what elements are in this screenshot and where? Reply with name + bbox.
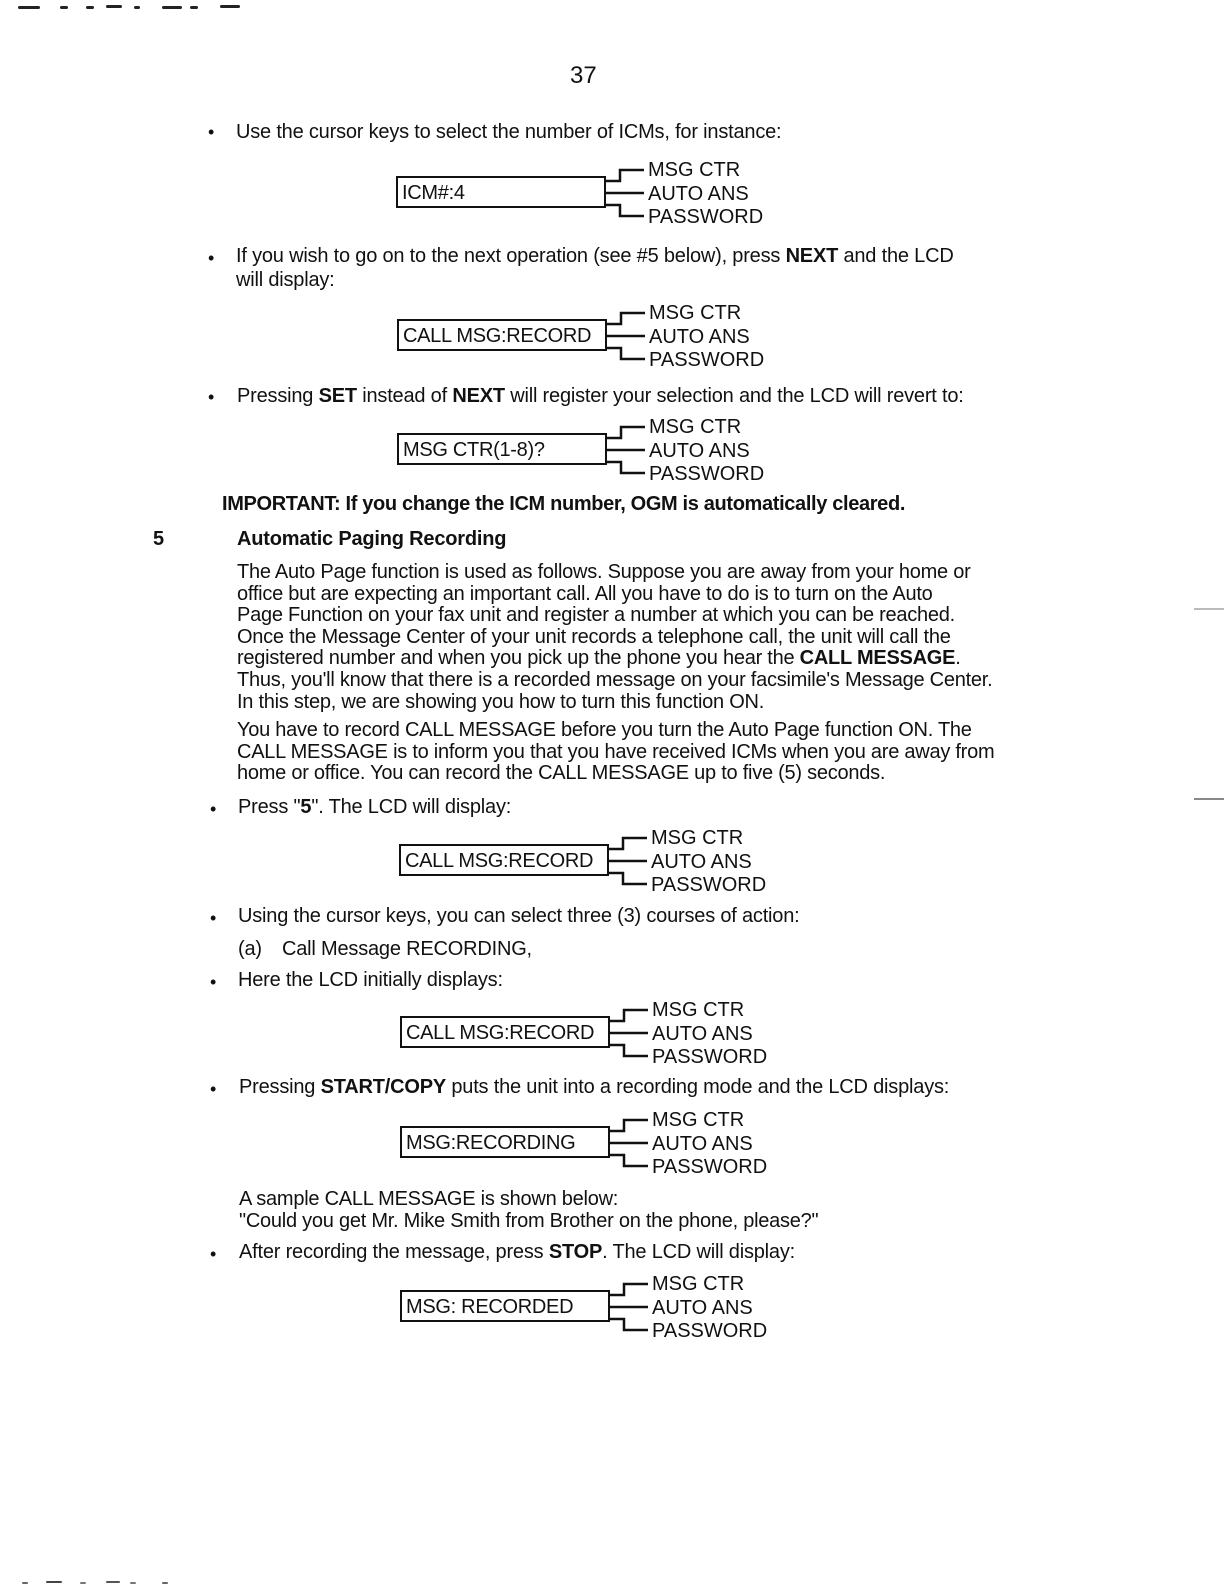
- lcd-screen-text: MSG:RECORDING: [406, 1132, 575, 1155]
- menu-label-password: PASSWORD: [652, 1046, 767, 1070]
- instruction-text: Press "5". The LCD will display:: [238, 797, 511, 819]
- lcd-screen-text: MSG CTR(1-8)?: [403, 439, 545, 462]
- lcd-screen: CALL MSG:RECORD: [400, 1016, 610, 1048]
- menu-label-password: PASSWORD: [651, 874, 766, 898]
- menu-label-auto-ans: AUTO ANS: [652, 1297, 767, 1321]
- instruction-text: After recording the message, press STOP.…: [239, 1242, 795, 1264]
- lcd-menu-labels: MSG CTR AUTO ANS PASSWORD: [649, 416, 764, 487]
- text-segment: will register your selection and the LCD…: [505, 385, 964, 407]
- instruction-text: Here the LCD initially displays:: [238, 970, 503, 992]
- section-title: Automatic Paging Recording: [237, 529, 506, 551]
- paragraph-line: Page Function on your fax unit and regis…: [237, 605, 992, 627]
- lcd-screen: CALL MSG:RECORD: [397, 319, 607, 351]
- lcd-screen: CALL MSG:RECORD: [399, 844, 609, 876]
- key-name: 5: [300, 796, 311, 818]
- menu-label-auto-ans: AUTO ANS: [652, 1133, 767, 1157]
- lcd-menu-labels: MSG CTR AUTO ANS PASSWORD: [652, 999, 767, 1070]
- menu-label-auto-ans: AUTO ANS: [649, 440, 764, 464]
- menu-label-msg-ctr: MSG CTR: [649, 302, 764, 326]
- lcd-screen: MSG CTR(1-8)?: [397, 433, 607, 465]
- paragraph-line: CALL MESSAGE is to inform you that you h…: [237, 742, 994, 764]
- menu-connector-icon: [610, 1006, 654, 1066]
- text-segment: Pressing: [237, 385, 319, 407]
- text-segment: ". The LCD will display:: [311, 796, 511, 818]
- text-segment: . The LCD will display:: [602, 1241, 795, 1263]
- paragraph-line: Once the Message Center of your unit rec…: [237, 627, 992, 649]
- menu-label-auto-ans: AUTO ANS: [649, 326, 764, 350]
- menu-connector-icon: [607, 423, 651, 483]
- emphasis-text: CALL MESSAGE: [800, 647, 956, 669]
- paragraph-line: You have to record CALL MESSAGE before y…: [237, 720, 994, 742]
- text-segment: and the LCD: [838, 245, 953, 267]
- instruction-text: Use the cursor keys to select the number…: [236, 122, 781, 144]
- scan-edge-line: [1194, 798, 1224, 800]
- text-segment: After recording the message, press: [239, 1241, 549, 1263]
- text-segment: Press ": [238, 796, 300, 818]
- bullet-icon: •: [208, 387, 214, 408]
- important-note: IMPORTANT: If you change the ICM number,…: [222, 494, 905, 516]
- bullet-icon: •: [210, 908, 216, 929]
- menu-label-auto-ans: AUTO ANS: [651, 851, 766, 875]
- menu-connector-icon: [610, 1280, 654, 1340]
- text-segment: .: [955, 647, 960, 669]
- bullet-icon: •: [210, 972, 216, 993]
- lcd-screen-text: CALL MSG:RECORD: [405, 850, 593, 873]
- lcd-menu-labels: MSG CTR AUTO ANS PASSWORD: [652, 1109, 767, 1180]
- bullet-icon: •: [210, 1244, 216, 1265]
- paragraph-line: office but are expecting an important ca…: [237, 584, 992, 606]
- bullet-icon: •: [210, 1079, 216, 1100]
- key-name: STOP: [549, 1241, 602, 1263]
- bullet-icon: •: [208, 248, 214, 269]
- key-name: START/COPY: [321, 1076, 446, 1098]
- menu-label-msg-ctr: MSG CTR: [652, 999, 767, 1023]
- lcd-screen: MSG:RECORDING: [400, 1126, 610, 1158]
- section-number: 5: [153, 529, 164, 551]
- lcd-screen: MSG: RECORDED: [400, 1290, 610, 1322]
- menu-connector-icon: [607, 309, 651, 369]
- scan-edge-line: [1194, 608, 1224, 610]
- lcd-screen: ICM#:4: [396, 176, 606, 208]
- page-number: 37: [570, 62, 597, 90]
- text-segment: Pressing: [239, 1076, 321, 1098]
- bullet-icon: •: [210, 799, 216, 820]
- instruction-text: Using the cursor keys, you can select th…: [238, 906, 800, 928]
- menu-label-msg-ctr: MSG CTR: [652, 1273, 767, 1297]
- menu-connector-icon: [606, 166, 650, 226]
- instruction-text-continued: will display:: [236, 270, 335, 292]
- lcd-menu-labels: MSG CTR AUTO ANS PASSWORD: [648, 159, 763, 230]
- option-text: Call Message RECORDING,: [282, 939, 532, 961]
- key-name: NEXT: [786, 245, 839, 267]
- instruction-text: If you wish to go on to the next operati…: [236, 246, 954, 268]
- menu-connector-icon: [609, 834, 653, 894]
- sample-intro: A sample CALL MESSAGE is shown below:: [239, 1189, 818, 1211]
- lcd-screen-text: ICM#:4: [402, 182, 465, 205]
- paragraph-line: The Auto Page function is used as follow…: [237, 562, 992, 584]
- lcd-screen-text: MSG: RECORDED: [406, 1296, 573, 1319]
- paragraph-line: registered number and when you pick up t…: [237, 648, 992, 670]
- text-segment: If you wish to go on to the next operati…: [236, 245, 786, 267]
- menu-label-auto-ans: AUTO ANS: [652, 1023, 767, 1047]
- menu-label-password: PASSWORD: [652, 1320, 767, 1344]
- menu-label-msg-ctr: MSG CTR: [651, 827, 766, 851]
- menu-label-msg-ctr: MSG CTR: [649, 416, 764, 440]
- menu-label-msg-ctr: MSG CTR: [648, 159, 763, 183]
- sample-call-message: A sample CALL MESSAGE is shown below: "C…: [239, 1189, 818, 1232]
- option-label: (a): [238, 939, 262, 961]
- instruction-text: Pressing SET instead of NEXT will regist…: [237, 386, 964, 408]
- paragraph-line: Thus, you'll know that there is a record…: [237, 670, 992, 692]
- menu-label-password: PASSWORD: [649, 463, 764, 487]
- key-name: NEXT: [452, 385, 505, 407]
- instruction-text: Pressing START/COPY puts the unit into a…: [239, 1077, 949, 1099]
- menu-label-msg-ctr: MSG CTR: [652, 1109, 767, 1133]
- paragraph-line: home or office. You can record the CALL …: [237, 763, 994, 785]
- key-name: SET: [319, 385, 357, 407]
- bullet-icon: •: [208, 122, 214, 143]
- text-segment: registered number and when you pick up t…: [237, 647, 800, 669]
- lcd-screen-text: CALL MSG:RECORD: [403, 325, 591, 348]
- paragraph-auto-page: The Auto Page function is used as follow…: [237, 562, 992, 713]
- menu-label-password: PASSWORD: [652, 1156, 767, 1180]
- sample-quote: "Could you get Mr. Mike Smith from Broth…: [239, 1211, 818, 1233]
- text-segment: puts the unit into a recording mode and …: [446, 1076, 949, 1098]
- text-segment: instead of: [357, 385, 452, 407]
- paragraph-line: In this step, we are showing you how to …: [237, 692, 992, 714]
- lcd-menu-labels: MSG CTR AUTO ANS PASSWORD: [652, 1273, 767, 1344]
- menu-label-auto-ans: AUTO ANS: [648, 183, 763, 207]
- lcd-menu-labels: MSG CTR AUTO ANS PASSWORD: [649, 302, 764, 373]
- lcd-screen-text: CALL MSG:RECORD: [406, 1022, 594, 1045]
- menu-label-password: PASSWORD: [648, 206, 763, 230]
- paragraph-call-message: You have to record CALL MESSAGE before y…: [237, 720, 994, 785]
- menu-label-password: PASSWORD: [649, 349, 764, 373]
- menu-connector-icon: [610, 1116, 654, 1176]
- lcd-menu-labels: MSG CTR AUTO ANS PASSWORD: [651, 827, 766, 898]
